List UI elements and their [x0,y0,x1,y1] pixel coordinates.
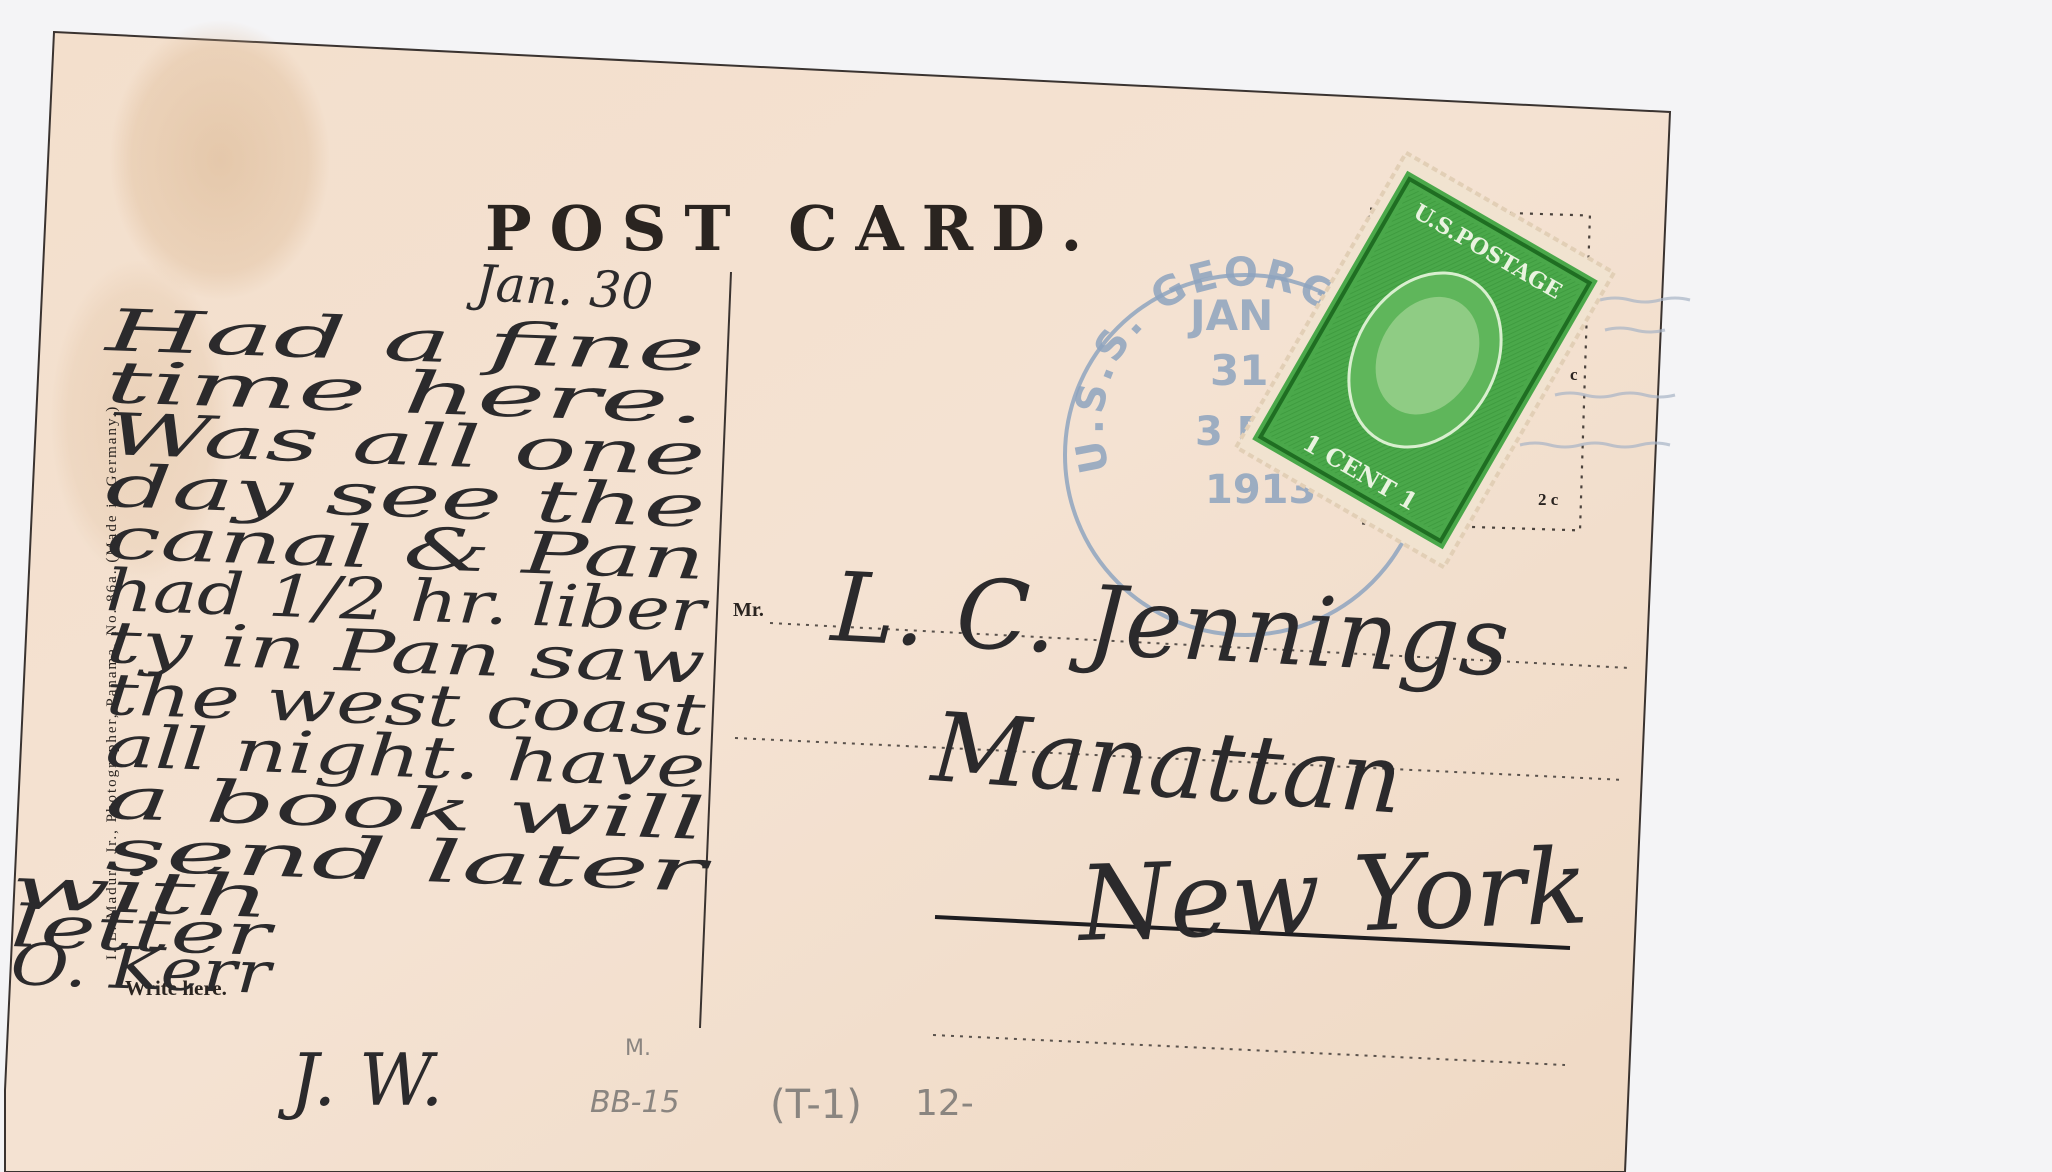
address-state: New York [1074,825,1591,965]
signature: J. W. [277,1038,443,1122]
pencil-note-m: M. [625,1036,651,1061]
pencil-note-12: 12- [915,1083,974,1124]
postcard-heading: POST CARD. [485,192,1100,265]
pencil-note-t: (T-1) [770,1082,862,1128]
postmark-day: 31 [1210,346,1268,395]
postcard-scan: POST CARD. I. L. Maduro Jr., Photographe… [0,0,2052,1172]
pencil-note-bb: BB-15 [590,1085,680,1120]
message-line: O. Kerr [10,930,276,1007]
stamp-box-label-middle: c [1570,365,1578,384]
stamp-box-label-bottom: 2 c [1538,490,1559,509]
postmark-month: JAN [1187,291,1273,340]
address-prefix: Mr. [733,599,764,621]
water-stain [110,20,330,300]
